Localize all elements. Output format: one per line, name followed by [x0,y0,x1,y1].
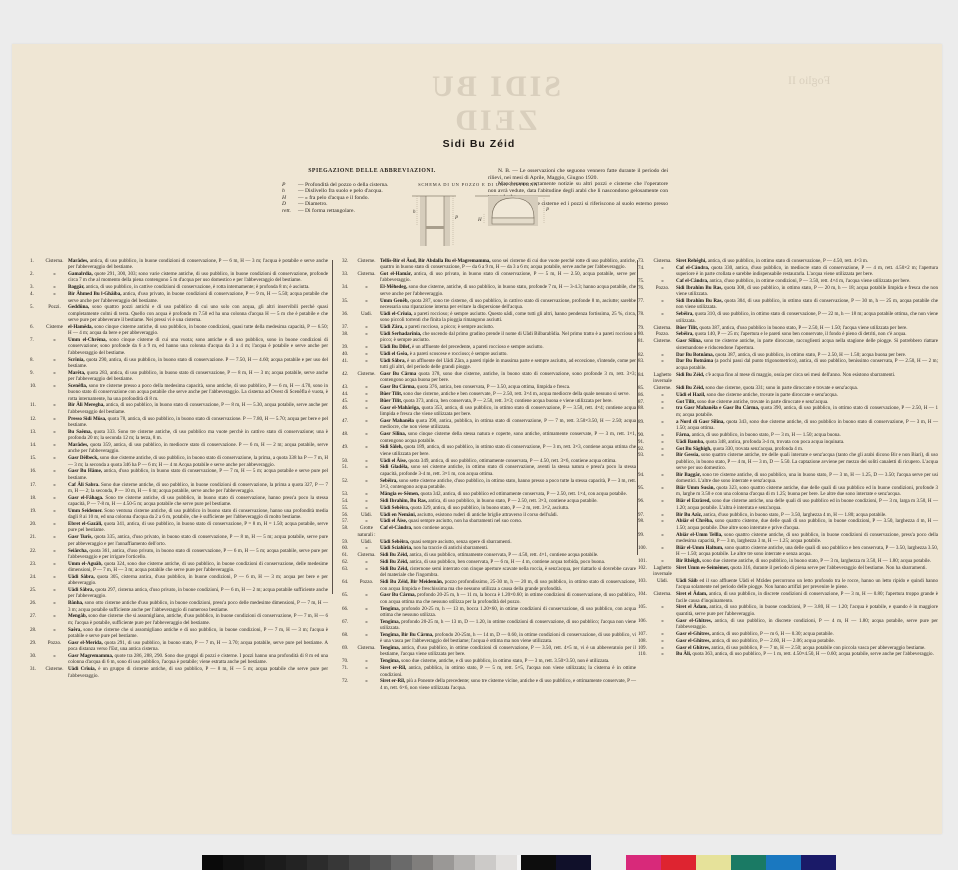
entry-category: » [41,402,68,415]
entry-row: 46.»Gasr el-Mahârîga, quota 353, antica,… [342,405,636,418]
entry-place-name: Fârna, [676,432,690,438]
entry-category: » [649,604,676,617]
entry-description: Gasr Mahanêla quota 390, antica, pubblic… [380,418,636,431]
entry-category: » [353,324,380,330]
entry-description: Gasr el Ghîtres, antica, di uso pubblico… [676,645,938,651]
entry-category: » [649,452,676,471]
entry-row: 99.»Abiâr el-Umm Tellla, sono quattro ci… [638,532,938,545]
entry-description: Bûer Tilit, quota 387, antica, d'uso pub… [676,325,938,331]
entry-row: 66.»Tengîma, profondo 20-25 m, h — 13 m,… [342,606,636,619]
entry-description: Uâdi el Âise, quota 349, antica, di uso … [380,458,636,464]
entry-place-name: Gasr Turîs, [68,534,93,540]
entry-place-name: Siret Umm es-Seimêmer, [676,565,729,571]
entry-row: 10.»Scenêfla, sono tre cisterne presso a… [30,383,328,402]
entry-number: 68. [342,632,353,645]
entry-category: » [41,627,68,640]
entry-row: 82.»Dar Bu Botnâma, quota 387, antica, d… [638,352,938,358]
entry-category: » [353,566,380,579]
entry-place-name: Sidi Bu Zéid, [380,552,408,558]
color-patch [731,855,766,870]
entry-row: 26.»Bânha, sono otto cisterne antiche d'… [30,600,328,613]
entry-row: 45.»Bûer Tilit, quota 373, antica, ben c… [342,398,636,404]
entry-description: Bir Baggâr, sono tre cisterne antiche, d… [676,472,938,485]
entry-category: Cisterne. [649,385,676,391]
entry-description: Gasr Magremamma, quote tra 286, 288, 290… [68,653,328,666]
entry-category: » [649,265,676,278]
entry-row: 20.»Ebret el-Gazâli, quota 341, antica, … [30,521,328,534]
entry-place-name: Siret el Âdam, [676,604,708,610]
entry-place-name: Umm el-Aguâb, [68,561,103,567]
entry-place-name: Uâdi el Âise, [380,518,407,524]
entry-category: » [41,613,68,626]
entry-place-name: Biâr el-Umm Haltum, [676,545,723,551]
gray-patch [307,855,328,870]
gray-patch [454,855,475,870]
entry-number: 69. [342,645,353,658]
entry-number: 16. [30,468,41,481]
entry-row: 105.»Siret el Âdam, antica, di uso pubbl… [638,604,938,617]
label-P: P [454,216,458,221]
entry-category: » [41,534,68,547]
entry-category: Uadi. [353,311,380,324]
entry-number: 45. [342,398,353,404]
entry-number: 52. [342,478,353,491]
entry-number: 7. [30,337,41,356]
entry-number: 25. [30,587,41,600]
abbreviation-text: — Dislivello fra suolo e pelo d'acqua. [298,188,383,194]
entry-row: 11.»Bir Âli Meregha, antica, di uso pubb… [30,402,328,415]
entry-description: Siret el Âdam, antica, di uso pubblico, … [676,591,938,604]
entry-description: Bir Gessia, sono quattro cisterne antich… [676,452,938,471]
entry-row: 3.»Baggâr, antica, di uso pubblico, in c… [30,284,328,290]
entry-row: 75.»Caf el-Cândra, antica, d'uso pubblic… [638,278,938,284]
entry-number: 72. [342,678,353,691]
entry-row: 91.»Uâdi Bamba, quota 348, antica, profo… [638,439,938,445]
entry-row: 8.»Scrînia, quota 290, antica, di uso pu… [30,357,328,370]
entry-place-name: Uâdi Sâbra, [380,358,406,364]
entry-place-name: Caf Âli Sabra. [68,482,99,488]
entry-category: » [649,545,676,558]
entry-category: Pozzo. [353,579,380,592]
entry-category: » [353,351,380,357]
entry-category: Pozzo. [649,331,676,337]
entry-number: 22. [30,548,41,561]
entry-place-name: Gasr Bu Cârma, [380,384,416,390]
entry-row: 108.»Gasr el-Ghîtres, antica, di uso pub… [638,638,938,644]
entry-description: el-Hamêda, sono cinque cisterne antiche,… [68,324,328,337]
abbreviations-heading: SPIEGAZIONE DELLE ABBREVIAZIONI. [282,168,462,175]
entry-row: 44.»Bûer Tilit, sono due cisterne, antic… [342,391,636,397]
entry-number: 60. [342,545,353,551]
entry-description: Sidi Ibrahîm, Bu Ras, antica, di uso pub… [380,498,636,504]
entry-place-name: Caf el-Cândra, [380,525,412,531]
entry-row: 59.Uâdi.Uâdi Sebêira, quasi sempre asciu… [342,539,636,545]
entry-category: » [41,587,68,600]
entry-place-name: Uâdi Sebêira, [380,539,409,545]
entry-number: 1. [30,258,41,271]
entry-category: » [649,631,676,637]
entry-category: » [649,358,676,371]
entry-row: 32.Cisterne.Tellîs-Bir el Âud, Bir Abdal… [342,258,636,271]
color-patch [591,855,626,870]
entry-place-name: Caf el-Cândra, [676,265,709,271]
entry-place-name: Marâdes, [68,258,88,264]
entry-category: » [353,545,380,551]
entry-row: 16.»Gasr Bu Hâme, antica, d'uso pubblico… [30,468,328,481]
entry-description: tra Gasr Mahanêla e Gasr Bu Cârma, quota… [676,405,938,418]
entry-number: 27. [30,613,41,626]
entry-place-name: Sidi Bu Zéid, Bir Meidemân, [380,579,443,585]
entry-category: » [353,505,380,511]
entry-place-name: Marâdes, [68,442,88,448]
entry-place-name: Umm Seidemer. [68,508,103,514]
entry-description: Gasr Bu Cârma, profondo 20-25 m, h — 11 … [380,592,636,605]
entry-number: 40. [342,351,353,357]
entry-category: » [649,405,676,418]
entry-row: 1.Cisterna.Marâdes, antica, di uso pubbl… [30,258,328,271]
entry-number: 23. [30,561,41,574]
entry-description: Tengîma, Bir Bu Cârma, profondo 20-25m, … [380,632,636,645]
entry-category: » [649,392,676,398]
entry-number: 29. [30,640,41,653]
entry-row: 4.»Bir Âhmed Bu l-Ghâiba, antica, d'uso … [30,291,328,304]
entry-category: » [353,632,380,645]
gray-patch [244,855,265,870]
entry-number: 98. [638,518,649,531]
entry-number: 90. [638,432,649,438]
entry-number: 19. [30,508,41,521]
entry-description: Scenêfla, sono tre cisterne presso a poc… [68,383,328,402]
entry-description: Umm Genêb, quota 287, sono tre cisterne,… [380,298,636,311]
entry-category: » [41,284,68,290]
color-patch [556,855,591,870]
entry-category: » [353,619,380,632]
entry-row: 55.»Uâdi Sebêira, quota 329, antica, di … [342,505,636,511]
entry-description: Uâdi en Nemâni, asciutto, esistono ruder… [380,512,636,518]
entry-description: Got Bu Sâghigh, quota 330, trovata senz'… [676,446,938,452]
entry-place-name: Gasr Sîlîna, [676,338,702,344]
entry-category: » [649,311,676,324]
entry-description: Siret Umm es-Seimêmer, quota 316, durant… [676,565,938,578]
entry-description: a Nord di Gasr Sîlîna, quota 343, sono d… [676,419,938,432]
entry-row: 74.»Caf el-Cândra, quota 330, antica, d'… [638,265,938,278]
entry-place-name: Uâdi Sciahîria, [380,545,412,551]
entry-place-name: Bir Gessia, [676,452,700,458]
entry-place-name: Dar Bu Botnâma [676,358,713,364]
entry-number: 102. [638,565,649,578]
entry-place-name: Bir Bu Azîz, [676,512,702,518]
entry-place-name: Siret er-Rîl, [380,678,405,684]
gray-patch [496,855,517,870]
entry-category: » [41,416,68,429]
entry-place-name: Gasr Bu Cârma [380,371,416,377]
entry-category: » [353,431,380,444]
entry-category: Uâdi. [353,512,380,518]
entry-category: » [649,439,676,445]
entry-number: 107. [638,631,649,637]
entry-description: Marêta, quota 283, antica, di uso pubbli… [68,370,328,383]
entry-description: Gasr el-Ghîtres, antica, di uso pubblico… [676,631,938,637]
entry-row: 77.»Sidi Ibrahîm Bu Ras, quota 304, di u… [638,298,938,311]
entry-category: » [353,658,380,664]
abbreviation-key: H [282,195,298,202]
entry-number: 5. [30,304,41,323]
entry-place-name: Gasr Bu Cârma, [380,592,416,598]
gray-patch [370,855,391,870]
entry-category: » [41,521,68,534]
entry-place-name: Uâdi Crîuia, [68,666,96,672]
entry-row: 100.»Biâr el-Umm Haltum, sono quattro ci… [638,545,938,558]
entry-description: Uâdi Sâbra, quota 305, cisterna antica, … [68,574,328,587]
entry-description: Uâdi el-Crîuia, a pareti roccioso; è sem… [380,311,636,324]
entry-row: 37.»Uâdi Zâra, a pareti roccioso, a picc… [342,324,636,330]
entry-description: Siret er-Rîl, antica, pubblica, in ottim… [380,665,636,678]
entry-description: Uâdi Bu Dilef, è un affluente del preced… [380,344,636,350]
entry-description: Sidi Ibrahîm Bu Ras, quota 308, di uso p… [676,285,938,298]
entries-column-2: 32.Cisterne.Tellîs-Bir el Âud, Bir Abdal… [342,258,636,692]
entry-number: 94. [638,472,649,485]
entry-row: 83.»Dar Bu Botnâma (a pochi passi dal pu… [638,358,938,371]
entry-category: » [41,482,68,495]
entry-row: 84.Laghetto invernaleSidi Bu Zéid, c'è a… [638,372,938,385]
entry-category: » [649,472,676,485]
entry-place-name: Gasr el-Merida, [68,640,103,646]
entry-number: 18. [30,495,41,508]
entry-row: 76.Pozzo.Sidi Ibrahîm Bu Ras, quota 308,… [638,285,938,298]
entry-place-name: Bir Rhêigh, [676,558,701,564]
entry-category: Cisterne [41,324,68,337]
entry-number: 58. [342,525,353,538]
entry-category: » [353,665,380,678]
entry-description: Tellîs-Bir el Âud, Bir Abdalla Bu el-Mag… [380,258,636,271]
entry-category: Cisterna. [649,325,676,331]
entry-row: 60.»Uâdi Sciahîria, non ha traccie di an… [342,545,636,551]
entry-place-name: Uâdi el Gsêa, [380,351,408,357]
entry-number: 21. [30,534,41,547]
entry-number: 100. [638,545,649,558]
entry-number: 110. [638,651,649,657]
entry-category: » [353,491,380,497]
entry-description: Sidi Bu Zéid, antica, di uso pubblico, o… [380,552,636,558]
entry-number: 80. [638,331,649,337]
entry-place-name: Baggâr, [68,284,85,290]
abbreviation-key: rett. [282,208,298,215]
entry-number: 103. [638,578,649,591]
entry-row: 5.Pozzi.Geddûna, sono quattro pozzi anti… [30,304,328,323]
entry-category: » [353,444,380,457]
entry-place-name: Gasr Mahanêla [380,418,414,424]
entry-number: 33. [342,271,353,284]
entry-place-name: Gamalrdia, [68,271,93,277]
entry-row: 13.»Bu Saêma, quota 333. Sono tre cister… [30,429,328,442]
entry-number: 79. [638,325,649,331]
entry-row: 35.»Umm Genêb, quota 287, sono tre ciste… [342,298,636,311]
entry-place-name: Tengîma, [380,645,400,651]
entry-category: » [41,429,68,442]
entry-number: 36. [342,311,353,324]
entry-category: Uâdi. [353,539,380,545]
entry-place-name: Bûer Tilit, [380,398,402,404]
entry-place-name: Sidi Ibrahîm Bu Ras, [676,298,723,304]
entry-place-name: Biâr Umm Susân, [676,485,715,491]
entry-place-name: Got el-Hamâr, [380,271,412,277]
entry-place-name: Gasr el-Ghîtres, [676,631,711,637]
entry-row: 50.»Uâdi el Âise, quota 349, antica, di … [342,458,636,464]
entry-place-name: Gasr el-Fâhaga. [68,495,103,501]
entry-row: 14.»Marâdes, quota 359, antica, di uso p… [30,442,328,455]
entry-description: El-Mêhedeg, sono due cisterne, antiche, … [380,284,636,297]
entry-place-name: Scenêfla, [68,383,87,389]
entry-category: Pozzo. [649,285,676,298]
entry-number: 57. [342,518,353,524]
entry-category: Cisterna. [353,271,380,284]
entry-description: Uâdi Serhadarînia, che uscendo dal primo… [380,331,636,344]
entry-description: Tengîma, antica, d'uso pubblico, in otti… [380,645,636,658]
entry-row: 28.»Saêra, sono due cisterne che si asso… [30,627,328,640]
entry-row: 41.»Uâdi Sâbra, è un affluente del Uâdi … [342,358,636,371]
abbreviation-text: — » fra pelo d'acqua e il fondo. [298,195,369,201]
entry-description: Geddûna, sono quattro pozzi antichi e di… [68,304,328,323]
entry-description: Uâdi Sebêira, quota 329, antica, di uso … [380,505,636,511]
entry-place-name: Bir Âhmed Bu l-Ghâiba, [68,291,122,297]
entry-place-name: Sebêira, [380,478,398,484]
entry-number: 51. [342,464,353,477]
entry-row: 33.Cisterna.Got el-Hamâr, antica, di uso… [342,271,636,284]
entry-place-name: Gasr el-Ghîtres, [676,618,712,624]
entry-place-name: Saêra, [68,627,82,633]
entry-category: » [353,559,380,565]
entry-row: 17.»Caf Âli Sabra. Sono due cisterne ant… [30,482,328,495]
entry-row: 27.»Mengâb, sono due cisterne che si ass… [30,613,328,626]
entry-description: Gasr el-Ghîtres, antica, di uso pubblico… [676,618,938,631]
entry-description: Sebêira, sono sette cisterne antiche, d'… [380,478,636,491]
entry-place-name: Bir Baggâr, [676,472,701,478]
entry-place-name: Abiâr el-Umm Tellla, [676,532,722,538]
entry-description: Mângia es-Sêmen, quota 342, antica, di u… [380,491,636,497]
entry-category: Uâdi. [649,578,676,591]
entry-number: 75. [638,278,649,284]
entry-number: 85. [638,385,649,391]
entry-category: Cisterna. [353,645,380,658]
entry-description: Gasr Sîlîna, sono cinque cisterne della … [380,431,636,444]
entry-row: 36.Uadi.Uâdi el-Crîuia, a pareti roccios… [342,311,636,324]
entry-category: » [353,606,380,619]
entry-place-name: Uâdi Sâib [676,578,698,584]
entry-category: » [353,391,380,397]
entries-table: 1.Cisterna.Marâdes, antica, di uso pubbl… [30,258,935,818]
color-patch [661,855,696,870]
entry-place-name: Abiâr el Chrêba, [676,518,713,524]
entry-description: Gasr Bu Cârma quota 378, sono due cister… [380,371,636,384]
entry-row: 49.»Sidi Sâleh, quota 189, antica, di us… [342,444,636,457]
entry-number: 82. [638,352,649,358]
entry-description: Gasr Dêlbeck, sono due cisterne antiche,… [68,455,328,468]
gray-patch [475,855,496,870]
label-P-cistern: P [545,208,549,213]
entry-number: 91. [638,439,649,445]
entry-place-name: Bûer Tilit, [676,325,698,331]
entry-number: 56. [342,512,353,518]
entry-row: 22.»Seiârcha, quota 361, antica, d'uso p… [30,548,328,561]
entry-row: 48.»Gasr Sîlîna, sono cinque cisterne de… [342,431,636,444]
entry-category: » [649,558,676,564]
color-patch [521,855,556,870]
entry-place-name: Uâdi Sâbra, [68,587,94,593]
entry-place-name: Tengîma, Bir Bu Cârma, [380,632,433,638]
entry-number: 46. [342,405,353,418]
entry-number: 41. [342,358,353,371]
entry-number: 65. [342,592,353,605]
gray-patch [433,855,454,870]
entry-category: » [41,383,68,402]
entry-row: 107.»Gasr el-Ghîtres, antica, di uso pub… [638,631,938,637]
entry-category: » [353,358,380,371]
entry-row: 23.»Umm el-Aguâb, quota 324, sono due ci… [30,561,328,574]
entry-row: 65.»Gasr Bu Cârma, profondo 20-25 m, h —… [342,592,636,605]
entry-number: 105. [638,604,649,617]
entry-description: Uâdi Sâbra, quota 297, cisterna antica, … [68,587,328,600]
entry-category: » [353,298,380,311]
entry-place-name: Sidi Ibrahîm, Bu Ras, [380,498,427,504]
entry-description: Fârna, antica, di uso pubblico, in buono… [676,432,938,438]
entry-category: » [649,498,676,511]
entry-category: » [353,478,380,491]
entry-description: Sidi Gladêla, sono sei cisterne antiche,… [380,464,636,477]
entry-number: 30. [30,653,41,666]
entry-description: Gasr el-Merida, quota 291, di uso pubbli… [68,640,328,653]
entry-row: 67.»Tengîma, profondo 20-25 m, h — 13 m,… [342,619,636,632]
entry-category: Cisterne. [353,371,380,384]
entry-number: 89. [638,419,649,432]
entry-row: 89.»a Nord di Gasr Sîlîna, quota 343, so… [638,419,938,432]
entry-category: » [41,548,68,561]
entry-description: Uâdi Sebêira, quasi sempre asciutto, sen… [380,539,636,545]
entry-place-name: Dar Bu Botnâma, [676,352,714,358]
entry-row: 2.»Gamalrdia, quote 291, 300, 303; sono … [30,271,328,284]
entry-category: » [649,298,676,311]
entry-description: Uâdi el Gsêa, è a pareti scoscese e rocc… [380,351,636,357]
entry-number: 15. [30,455,41,468]
entry-row: 53.»Mângia es-Sêmen, quota 342, antica, … [342,491,636,497]
entry-row: 104.Cisterna.Siret el Âdam, antica, di u… [638,591,938,604]
bleed-through-title: SIDI BU ZEID [395,70,595,138]
entry-number: 35. [342,298,353,311]
entry-number: 11. [30,402,41,415]
entry-description: Caf el-Cândra, antica, d'uso pubblico, i… [676,278,938,284]
entry-row: 101.»Bir Rhêigh, sono due cisterne antic… [638,558,938,564]
entry-place-name: Uâdi Bu Dilef, [380,344,411,350]
entry-number: 55. [342,505,353,511]
entry-place-name: Sebêira, [676,311,694,317]
entry-row: 19.»Umm Seidemer. Sono ventuna cisterne … [30,508,328,521]
entry-number: 93. [638,452,649,471]
entry-number: 63. [342,566,353,579]
entry-description: Baggâr, antica, di uso pubblico, in catt… [68,284,328,290]
entry-description: Sidi Ibrahîm Bu Ras, quota 304, di uso p… [676,298,938,311]
entry-description: Marâdes, quota 359, antica, di uso pubbl… [68,442,328,455]
entry-description: Mengâb, sono due cisterne che si assomig… [68,613,328,626]
entry-row: 102.Laghetto invernaleSiret Umm es-Seimê… [638,565,938,578]
entry-number: 86. [638,392,649,398]
entry-row: 47.»Gasr Mahanêla quota 390, antica, pub… [342,418,636,431]
entry-place-name: Sidi Ibrahîm Bu Ras, [676,285,723,291]
entry-category: » [41,455,68,468]
color-patch [626,855,661,870]
entry-row: 63.»Sidi Bu Zéid, cisternone semi interr… [342,566,636,579]
entry-description: Ebret el-Gazâli, quota 341, antica, di u… [68,521,328,534]
entry-description: Uâdi Sâbra, è un affluente del Uâdi Zâra… [380,358,636,371]
entry-number: 53. [342,491,353,497]
